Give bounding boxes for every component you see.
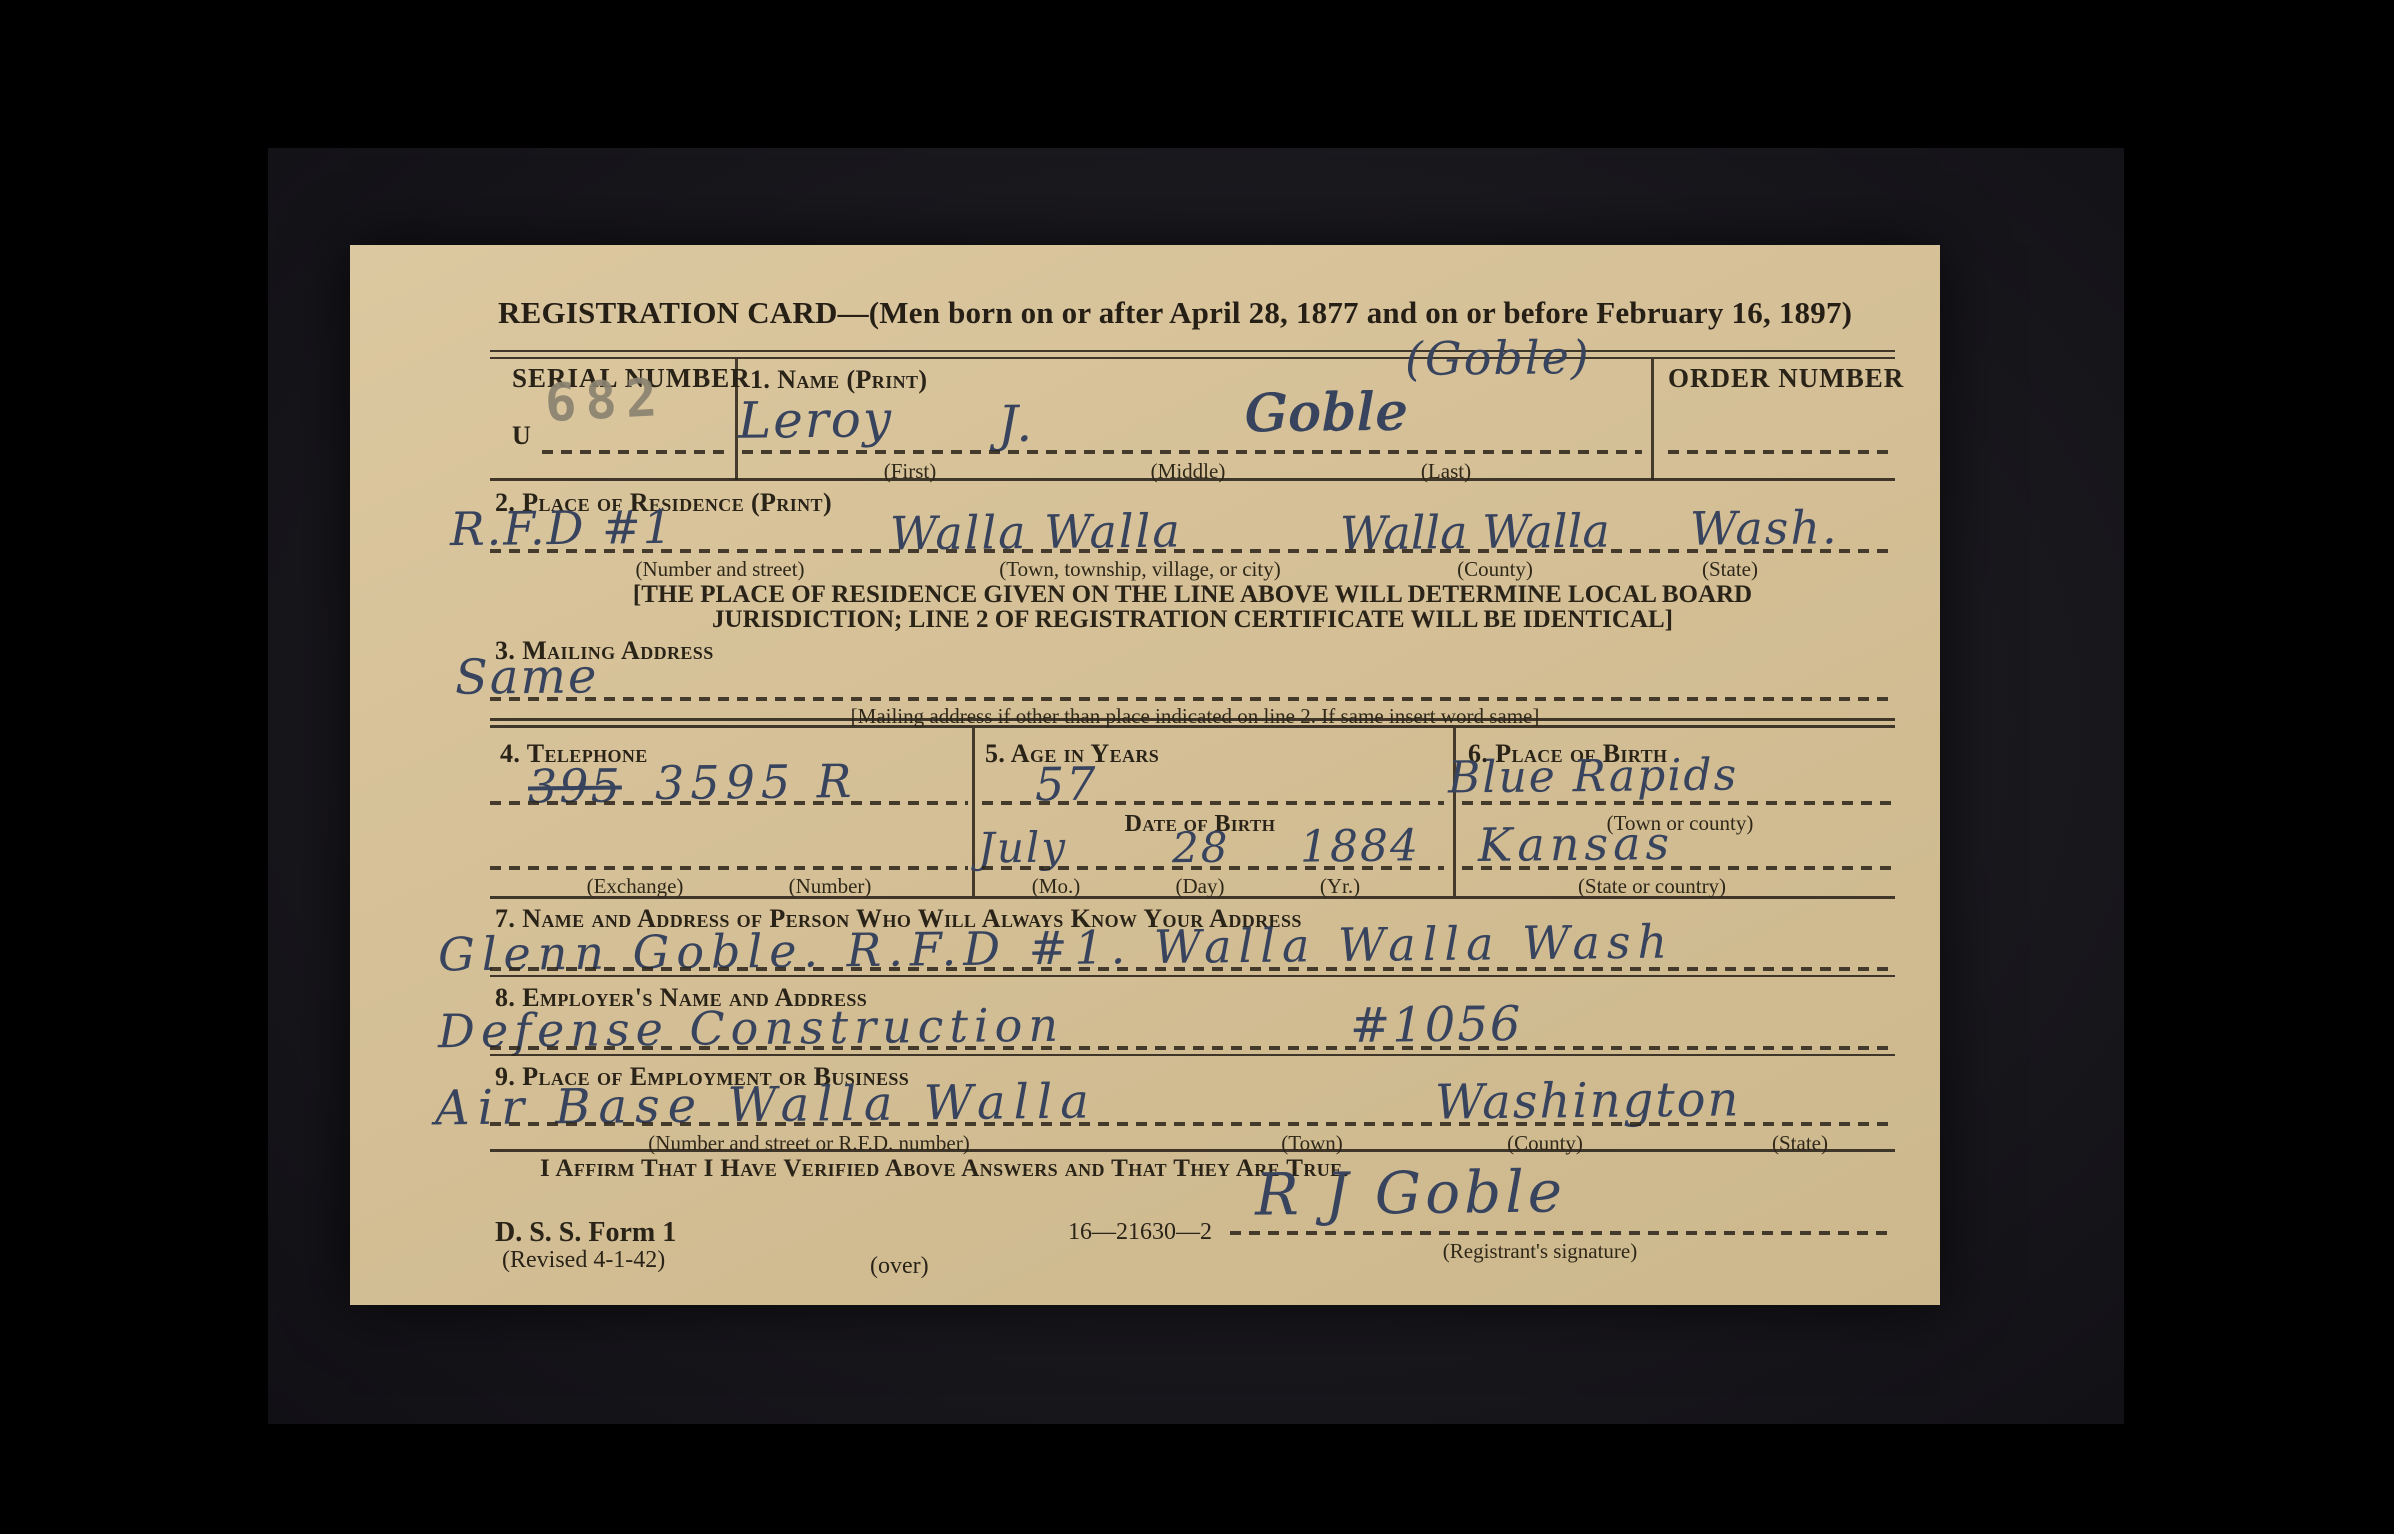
residence-state-handwriting: Wash. [1690, 500, 1839, 556]
form-revised: (Revised 4-1-42) [502, 1247, 665, 1274]
birthplace-town-handwriting: Blue Rapids [1448, 749, 1739, 803]
name-first-handwriting: Leroy [738, 390, 894, 450]
employment-dotted-line [490, 1122, 1895, 1126]
contact-dotted-line [490, 967, 1895, 971]
birth-year-handwriting: 1884 [1300, 820, 1421, 872]
residence-county-sublabel: (County) [1457, 557, 1533, 582]
name-dotted-line [742, 450, 1642, 454]
local-board-note-line1: [THE PLACE OF RESIDENCE GIVEN ON THE LIN… [490, 581, 1895, 609]
divider-telephone-age [972, 728, 975, 896]
row456-bottom-rule [490, 896, 1895, 899]
birthdate-dotted-line [982, 866, 1444, 870]
divider-name-order [1651, 359, 1654, 480]
contact-handwriting: Glenn Goble. R.F.D #1. Walla Walla Wash [438, 915, 1675, 982]
residence-street-handwriting: R.F.D #1 [450, 500, 675, 556]
employment-state-sublabel: (State) [1772, 1131, 1828, 1156]
order-dotted-line [1668, 450, 1893, 454]
mid-rule-top [490, 718, 1895, 721]
header-rule-top [490, 350, 1895, 352]
employment-town-sublabel: (Town) [1281, 1131, 1343, 1156]
mid-rule-bottom [490, 725, 1895, 728]
name-last-handwriting: Goble [1245, 382, 1409, 444]
serial-number-stamp: 682 [544, 368, 668, 434]
header-rule-bottom [490, 357, 1895, 359]
mailing-dotted-line [490, 697, 1895, 701]
row8-bottom-rule [490, 1054, 1895, 1056]
order-number-label: ORDER NUMBER [1668, 363, 1904, 394]
residence-dotted-line [490, 549, 1895, 553]
over-note: (over) [870, 1253, 929, 1280]
name-middle-handwriting: J. [998, 395, 1035, 453]
row7-bottom-rule [490, 975, 1895, 977]
print-code: 16—21630—2 [1068, 1219, 1212, 1246]
name-annotation-handwriting: (Goble) [1405, 330, 1591, 386]
telephone-dotted-line [490, 801, 968, 805]
employment-county-sublabel: (County) [1507, 1131, 1583, 1156]
birth-day-handwriting: 28 [1172, 823, 1230, 873]
page-background: { "document": { "title": "REGISTRATION C… [0, 0, 2394, 1534]
card-title: REGISTRATION CARD—(Men born on or after … [498, 295, 1852, 331]
signature-sublabel: (Registrant's signature) [1443, 1239, 1638, 1264]
affirmation-text: I Affirm That I Have Verified Above Answ… [540, 1155, 1349, 1183]
birthplace-state-dotted-line [1462, 866, 1895, 870]
birthplace-town-dotted-line [1462, 801, 1895, 805]
local-board-note-line2: JURISDICTION; LINE 2 OF REGISTRATION CER… [490, 606, 1895, 634]
employer-dotted-line [490, 1046, 1895, 1050]
residence-town-sublabel: (Town, township, village, or city) [999, 557, 1280, 582]
row9-bottom-rule [490, 1149, 1895, 1152]
age-dotted-line [982, 801, 1444, 805]
serial-prefix: U [512, 421, 532, 451]
residence-state-sublabel: (State) [1702, 557, 1758, 582]
registration-card: REGISTRATION CARD—(Men born on or after … [350, 245, 1940, 1305]
telephone-struck-handwriting: 395 [528, 759, 622, 814]
birth-month-handwriting: July [978, 823, 1068, 873]
serial-dotted-line [542, 450, 730, 454]
form-number: D. S. S. Form 1 [495, 1217, 676, 1249]
employment-place-handwriting: Air Base Walla Walla [435, 1074, 1097, 1137]
telephone-dotted-line2 [490, 866, 968, 870]
residence-street-sublabel: (Number and street) [635, 557, 804, 582]
row1-bottom-rule [490, 478, 1895, 481]
registrant-signature-handwriting: R J Goble [1255, 1157, 1567, 1228]
signature-dotted-line [1230, 1231, 1895, 1235]
birthplace-state-handwriting: Kansas [1478, 816, 1675, 872]
employment-street-sublabel: (Number and street or R.F.D. number) [648, 1131, 969, 1156]
